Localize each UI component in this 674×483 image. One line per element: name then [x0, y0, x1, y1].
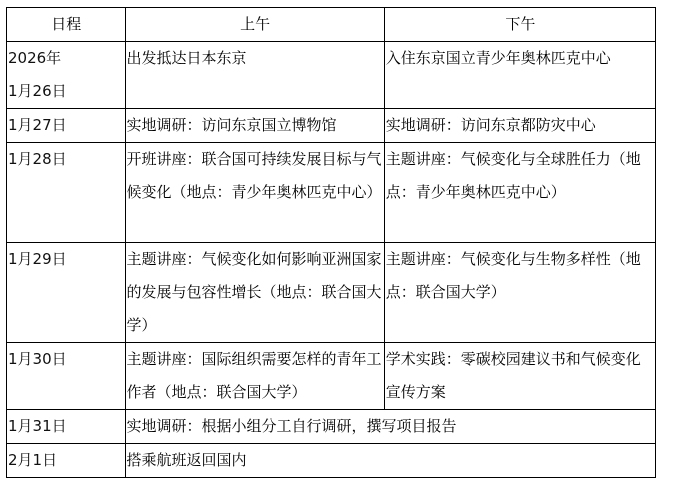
- table-row: 1月30日 主题讲座：国际组织需要怎样的青年工作者（地点：联合国大学） 学术实践…: [7, 343, 656, 410]
- date-cell: 1月31日: [7, 410, 126, 444]
- header-morning: 上午: [125, 8, 384, 42]
- date-cell: 1月29日: [7, 243, 126, 343]
- afternoon-cell: 主题讲座：气候变化与全球胜任力（地点：青少年奥林匹克中心）: [384, 143, 655, 243]
- table-row: 2月1日 搭乘航班返回国内: [7, 444, 656, 478]
- table-row: 1月29日 主题讲座：气候变化如何影响亚洲国家的发展与包容性增长（地点：联合国大…: [7, 243, 656, 343]
- table-row: 2026年 1月26日 出发抵达日本东京 入住东京国立青少年奥林匹克中心: [7, 42, 656, 109]
- afternoon-cell: 入住东京国立青少年奥林匹克中心: [384, 42, 655, 109]
- header-row: 日程 上午 下午: [7, 8, 656, 42]
- full-day-cell: 实地调研：根据小组分工自行调研，撰写项目报告: [125, 410, 655, 444]
- date-year: 2026年: [8, 42, 125, 75]
- date-cell: 1月30日: [7, 343, 126, 410]
- morning-cell: 实地调研：访问东京国立博物馆: [125, 109, 384, 143]
- morning-cell: 开班讲座：联合国可持续发展目标与气候变化（地点：青少年奥林匹克中心）: [125, 143, 384, 243]
- header-date: 日程: [7, 8, 126, 42]
- table-row: 1月28日 开班讲座：联合国可持续发展目标与气候变化（地点：青少年奥林匹克中心）…: [7, 143, 656, 243]
- date-day: 1月26日: [8, 75, 125, 108]
- afternoon-cell: 主题讲座：气候变化与生物多样性（地点：联合国大学）: [384, 243, 655, 343]
- table-row: 1月31日 实地调研：根据小组分工自行调研，撰写项目报告: [7, 410, 656, 444]
- schedule-table: 日程 上午 下午 2026年 1月26日 出发抵达日本东京 入住东京国立青少年奥…: [6, 7, 656, 478]
- morning-cell: 主题讲座：气候变化如何影响亚洲国家的发展与包容性增长（地点：联合国大学）: [125, 243, 384, 343]
- date-cell: 1月27日: [7, 109, 126, 143]
- table-row: 1月27日 实地调研：访问东京国立博物馆 实地调研：访问东京都防灾中心: [7, 109, 656, 143]
- full-day-cell: 搭乘航班返回国内: [125, 444, 655, 478]
- morning-cell: 出发抵达日本东京: [125, 42, 384, 109]
- afternoon-cell: 学术实践：零碳校园建议书和气候变化宣传方案: [384, 343, 655, 410]
- date-cell: 2026年 1月26日: [7, 42, 126, 109]
- header-afternoon: 下午: [384, 8, 655, 42]
- morning-cell: 主题讲座：国际组织需要怎样的青年工作者（地点：联合国大学）: [125, 343, 384, 410]
- date-cell: 2月1日: [7, 444, 126, 478]
- afternoon-cell: 实地调研：访问东京都防灾中心: [384, 109, 655, 143]
- date-cell: 1月28日: [7, 143, 126, 243]
